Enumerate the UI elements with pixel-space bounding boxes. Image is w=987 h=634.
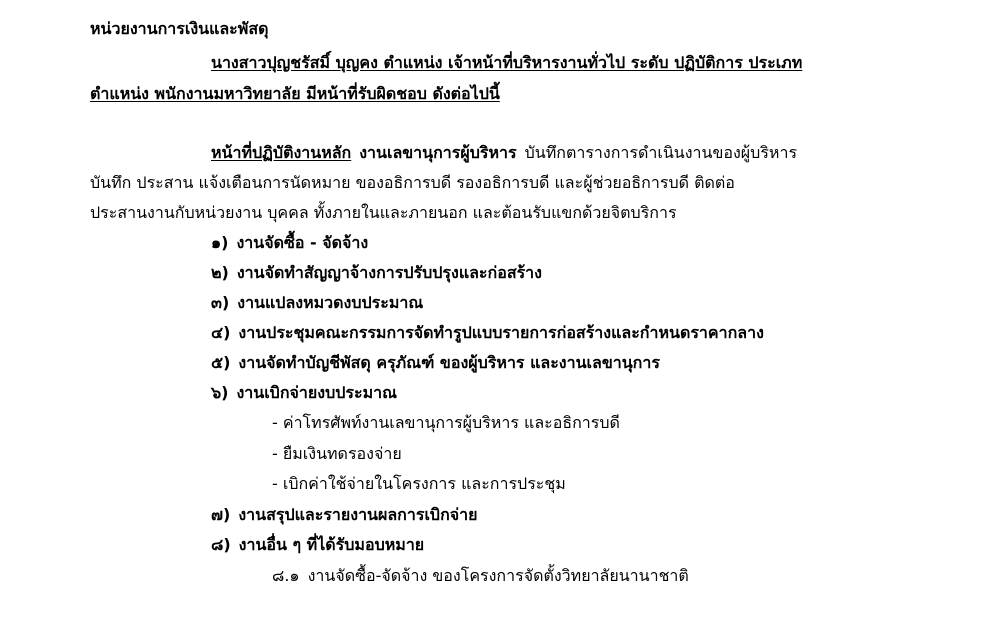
list-item: ๕)งานจัดทำบัญชีพัสดุ ครุภัณฑ์ ของผู้บริห… [211,352,660,374]
item-text: งานอื่น ๆ ที่ได้รับมอบหมาย [239,535,425,554]
sub-item: - ยืมเงินทดรองจ่าย [272,443,402,465]
sub-item-8-1: ๘.๑งานจัดซื้อ-จัดจ้าง ของโครงการจัดตั้งว… [272,565,689,587]
list-item: ๒)งานจัดทำสัญญาจ้างการปรับปรุงและก่อสร้า… [211,262,542,284]
main-duty-desc-3: ประสานงานกับหน่วยงาน บุคคล ทั้งภายในและภ… [90,202,677,224]
item-number: ๑) [211,232,228,254]
item-text: งานแปลงหมวดงบประมาณ [237,293,423,312]
intro-line-1: นางสาวปุญชรัสมิ์ บุญคง ตำแหน่ง เจ้าหน้าท… [211,52,802,74]
item-text: งานจัดทำบัญชีพัสดุ ครุภัณฑ์ ของผู้บริหาร… [238,353,660,372]
item-number: ๕) [211,352,230,374]
sub-item: - ค่าโทรศัพท์งานเลขานุการผู้บริหาร และอธ… [272,412,620,434]
main-duty-desc-2: บันทึก ประสาน แจ้งเตือนการนัดหมาย ของอธิ… [90,172,735,194]
unit-heading: หน่วยงานการเงินและพัสดุ [90,18,268,40]
list-item: ๔)งานประชุมคณะกรรมการจัดทำรูปแบบรายการก่… [211,322,764,344]
main-duty-line-1: หน้าที่ปฏิบัติงานหลักงานเลขานุการผู้บริห… [211,142,797,164]
sub-item-number: ๘.๑ [272,565,300,587]
item-text: งานประชุมคณะกรรมการจัดทำรูปแบบรายการก่อส… [238,323,763,342]
item-number: ๓) [211,292,229,314]
item-text: งานเบิกจ่ายงบประมาณ [236,383,396,402]
item-number: ๗) [211,504,230,526]
list-item: ๗)งานสรุปและรายงานผลการเบิกจ่าย [211,504,477,526]
main-duty-desc-1: บันทึกตารางการดำเนินงานของผู้บริหาร [525,143,797,162]
item-number: ๒) [211,262,229,284]
main-duty-label: หน้าที่ปฏิบัติงานหลัก [211,143,351,162]
sub-item: - เบิกค่าใช้จ่ายในโครงการ และการประชุม [272,473,566,495]
item-text: งานจัดทำสัญญาจ้างการปรับปรุงและก่อสร้าง [237,263,542,282]
sub-item-text: งานจัดซื้อ-จัดจ้าง ของโครงการจัดตั้งวิทย… [308,566,689,585]
list-item: ๘)งานอื่น ๆ ที่ได้รับมอบหมาย [211,534,424,556]
item-number: ๔) [211,322,230,344]
list-item: ๖)งานเบิกจ่ายงบประมาณ [211,382,397,404]
item-text: งานจัดซื้อ - จัดจ้าง [236,233,368,252]
main-duty-title: งานเลขานุการผู้บริหาร [359,143,516,162]
item-number: ๖) [211,382,228,404]
item-number: ๘) [211,534,231,556]
intro-line-2: ตำแหน่ง พนักงานมหาวิทยาลัย มีหน้าที่รับผ… [90,83,500,105]
list-item: ๑)งานจัดซื้อ - จัดจ้าง [211,232,368,254]
list-item: ๓)งานแปลงหมวดงบประมาณ [211,292,423,314]
item-text: งานสรุปและรายงานผลการเบิกจ่าย [238,505,477,524]
